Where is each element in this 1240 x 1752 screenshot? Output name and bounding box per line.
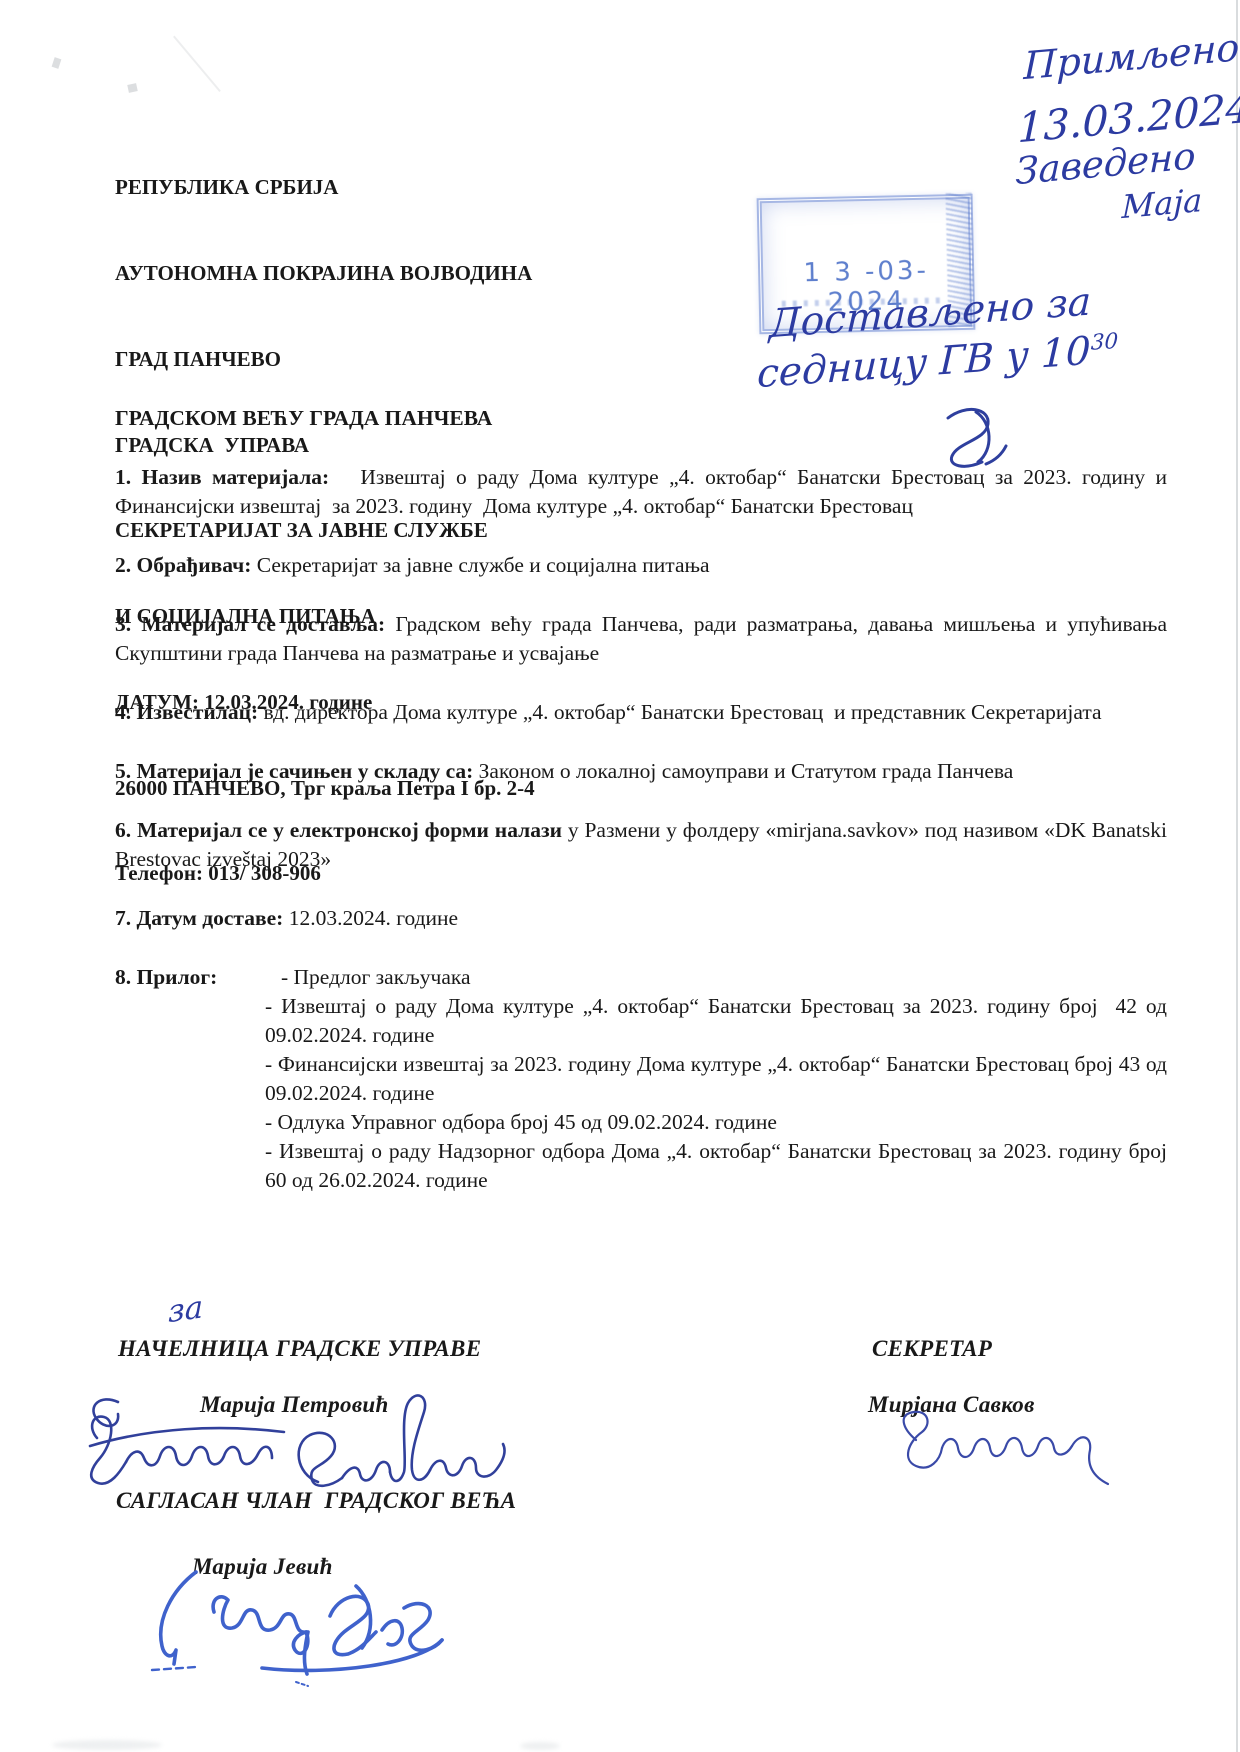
- item-label: 6. Материјал се у електронској форми нал…: [115, 818, 562, 842]
- item-label: 1. Назив материјала:: [115, 465, 329, 489]
- letterhead-line: ГРАД ПАНЧЕВО: [115, 345, 535, 374]
- attachment-item: - Извештај о раду Надзорног одбора Дома …: [265, 1137, 1167, 1195]
- handwriting-za-note: за: [168, 1289, 203, 1330]
- savkov-signature: [904, 1412, 1108, 1484]
- letterhead-line: ГРАДСКА УПРАВА: [115, 431, 535, 460]
- attachment-item: - Предлог закључака: [265, 963, 1167, 992]
- item-3-dostavlja: 3. Материјал се доставља: Градском већу …: [115, 610, 1167, 668]
- item-label: 7. Датум доставе:: [115, 906, 283, 930]
- document-body: 1. Назив материјала: Извештај о раду Дом…: [115, 463, 1167, 1195]
- item-4-izvestilac: 4. Известилац: вд. директора Дома култур…: [115, 698, 1167, 727]
- item-text: вд. директора Дома културе „4. октобар“ …: [258, 700, 1101, 724]
- item-label: 2. Обрађивач:: [115, 553, 251, 577]
- letterhead-line: РЕПУБЛИКА СРБИЈА: [115, 173, 535, 202]
- signatory-name-mirjana-savkov: Мирјана Савков: [868, 1392, 1035, 1418]
- scan-scratch: [173, 36, 220, 92]
- attachment-list: - Предлог закључака - Извештај о раду До…: [265, 963, 1167, 1195]
- scan-edge-shadow: [1236, 0, 1238, 1752]
- signatory-title-secretary: СЕКРЕТАР: [872, 1336, 992, 1362]
- item-7-datum-dostave: 7. Датум доставе: 12.03.2024. године: [115, 904, 1167, 933]
- scan-speck: [127, 83, 137, 93]
- signatory-title-head-of-administration: НАЧЕЛНИЦА ГРАДСКЕ УПРАВЕ: [118, 1336, 481, 1362]
- item-text: 12.03.2024. године: [283, 906, 458, 930]
- item-8-prilog: 8. Прилог: - Предлог закључака - Извешта…: [115, 963, 1167, 1195]
- signatory-name-marija-petrovic: Марија Петровић: [200, 1392, 389, 1418]
- attachment-item: - Финансијски извештај за 2023. годину Д…: [265, 1050, 1167, 1108]
- initials-flourish: [948, 409, 1006, 466]
- item-label: 8. Прилог:: [115, 963, 265, 1195]
- item-label: 5. Материјал је сачињен у складу са:: [115, 759, 473, 783]
- item-2-obradjivac: 2. Обрађивач: Секретаријат за јавне служ…: [115, 551, 1167, 580]
- signatory-name-marija-jevic: Марија Јевић: [192, 1554, 333, 1580]
- item-5-u-skladu-sa: 5. Материјал је сачињен у складу са: Зак…: [115, 757, 1167, 786]
- scanned-document-page: РЕПУБЛИКА СРБИЈА АУТОНОМНА ПОКРАЈИНА ВОЈ…: [0, 0, 1240, 1752]
- item-6-elektronska-forma: 6. Материјал се у електронској форми нал…: [115, 816, 1167, 874]
- item-label: 4. Известилац:: [115, 700, 258, 724]
- scan-smudge: [52, 1740, 162, 1750]
- item-label: 3. Материјал се доставља:: [115, 612, 385, 636]
- attachment-item: - Одлука Управног одбора број 45 од 09.0…: [265, 1108, 1167, 1137]
- jevic-signature: [152, 1572, 442, 1686]
- scan-smudge: [520, 1742, 560, 1750]
- item-text: Секретаријат за јавне службе и социјална…: [251, 553, 709, 577]
- attachment-item: - Извештај о раду Дома културе „4. октоб…: [265, 992, 1167, 1050]
- handwriting-received-word: Примљено: [1023, 25, 1239, 88]
- item-text: Законом о локалној самоуправи и Статутом…: [473, 759, 1013, 783]
- recipient-line: ГРАДСКОМ ВЕЋУ ГРАДА ПАНЧЕВА: [115, 406, 492, 431]
- handwriting-delivered-superscript: 30: [1090, 329, 1118, 356]
- consent-title-council-member: САГЛАСАН ЧЛАН ГРАДСКОГ ВЕЋА: [116, 1488, 516, 1514]
- item-1-naziv: 1. Назив материјала: Извештај о раду Дом…: [115, 463, 1167, 521]
- letterhead-line: АУТОНОМНА ПОКРАЈИНА ВОЈВОДИНА: [115, 259, 535, 288]
- scan-speck: [52, 57, 62, 69]
- handwriting-received-initial: Маја: [1121, 181, 1202, 226]
